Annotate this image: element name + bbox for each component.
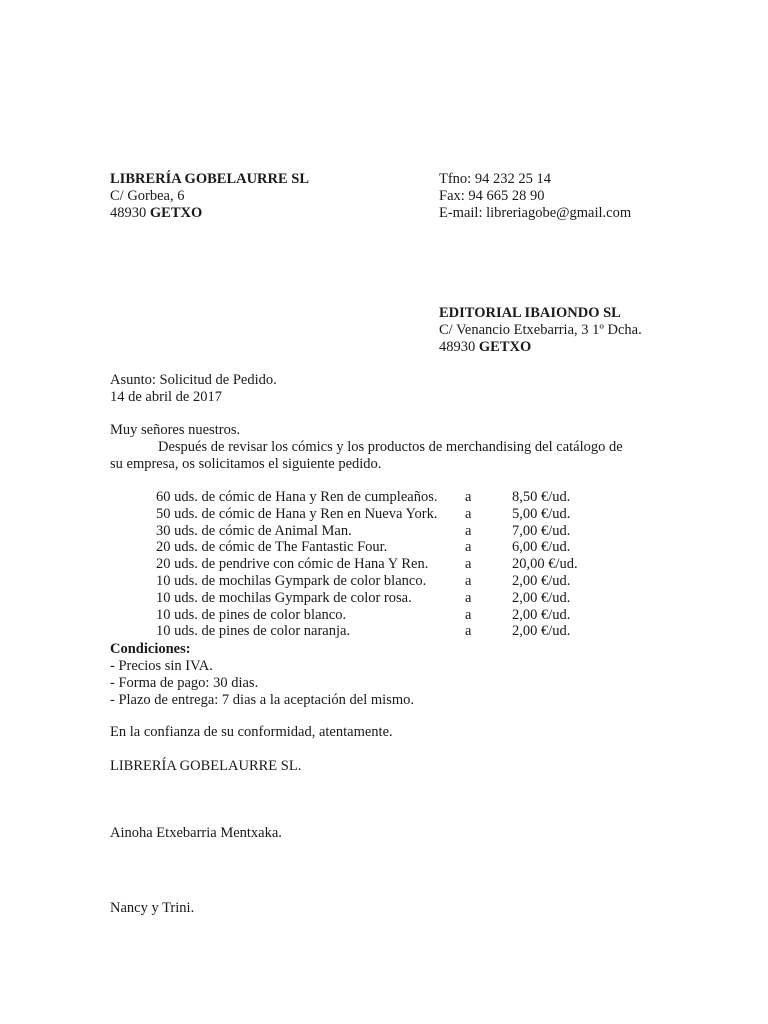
order-item: 10 uds. de pines de color naranja.a2,00 … (156, 623, 596, 640)
contact-fax: Fax: 94 665 28 90 (439, 188, 631, 205)
condition-item: - Precios sin IVA. (110, 658, 414, 675)
order-item: 10 uds. de pines de color blanco.a2,00 €… (156, 607, 596, 624)
order-item-at: a (465, 590, 471, 607)
order-item-price: 8,50 €/ud. (512, 489, 570, 506)
condition-item: - Plazo de entrega: 7 dias a la aceptaci… (110, 692, 414, 709)
intro-paragraph: Después de revisar los cómics y los prod… (110, 439, 670, 473)
condition-item: - Forma de pago: 30 dias. (110, 675, 414, 692)
closing-line: En la confianza de su conformidad, atent… (110, 724, 393, 741)
sender-name: LIBRERÍA GOBELAURRE SL (110, 171, 309, 188)
order-item-price: 2,00 €/ud. (512, 623, 570, 640)
conditions-block: Condiciones: - Precios sin IVA. - Forma … (110, 641, 414, 709)
order-item-at: a (465, 556, 471, 573)
sender-city: GETXO (150, 205, 202, 221)
contact-phone: Tfno: 94 232 25 14 (439, 171, 631, 188)
order-item-description: 10 uds. de mochilas Gympark de color bla… (156, 573, 426, 590)
order-item-at: a (465, 539, 471, 556)
order-item-price: 2,00 €/ud. (512, 607, 570, 624)
contact-block: Tfno: 94 232 25 14 Fax: 94 665 28 90 E-m… (439, 171, 631, 222)
intro-line-2: su empresa, os solicitamos el siguiente … (110, 456, 670, 473)
order-item: 60 uds. de cómic de Hana y Ren de cumple… (156, 489, 596, 506)
order-item-description: 10 uds. de pines de color blanco. (156, 607, 346, 624)
sender-address: C/ Gorbea, 6 (110, 188, 309, 205)
order-list: 60 uds. de cómic de Hana y Ren de cumple… (156, 489, 596, 640)
order-item-price: 5,00 €/ud. (512, 506, 570, 523)
order-item-at: a (465, 506, 471, 523)
order-item-description: 60 uds. de cómic de Hana y Ren de cumple… (156, 489, 437, 506)
order-item-price: 7,00 €/ud. (512, 523, 570, 540)
order-item-at: a (465, 523, 471, 540)
greeting: Muy señores nuestros. (110, 422, 240, 439)
signature-company: LIBRERÍA GOBELAURRE SL. (110, 758, 301, 775)
order-item-description: 10 uds. de mochilas Gympark de color ros… (156, 590, 412, 607)
conditions-title: Condiciones: (110, 641, 414, 658)
signature-signer: Ainoha Etxebarria Mentxaka. (110, 825, 282, 842)
order-item-description: 20 uds. de pendrive con cómic de Hana Y … (156, 556, 428, 573)
order-item-price: 2,00 €/ud. (512, 573, 570, 590)
order-item: 20 uds. de cómic de The Fantastic Four.a… (156, 539, 596, 556)
order-item: 20 uds. de pendrive con cómic de Hana Y … (156, 556, 596, 573)
order-item-at: a (465, 623, 471, 640)
sender-block: LIBRERÍA GOBELAURRE SL C/ Gorbea, 6 4893… (110, 171, 309, 222)
recipient-block: EDITORIAL IBAIONDO SL C/ Venancio Etxeba… (439, 305, 642, 356)
order-item-at: a (465, 607, 471, 624)
intro-line-1: Después de revisar los cómics y los prod… (110, 439, 670, 456)
subject-line: Asunto: Solicitud de Pedido. (110, 372, 277, 389)
order-item-at: a (465, 489, 471, 506)
order-item: 30 uds. de cómic de Animal Man.a7,00 €/u… (156, 523, 596, 540)
recipient-address: C/ Venancio Etxebarria, 3 1º Dcha. (439, 322, 642, 339)
order-item: 10 uds. de mochilas Gympark de color ros… (156, 590, 596, 607)
contact-email: E-mail: libreriagobe@gmail.com (439, 205, 631, 222)
subject-block: Asunto: Solicitud de Pedido. 14 de abril… (110, 372, 277, 406)
order-item-price: 20,00 €/ud. (512, 556, 578, 573)
recipient-city: GETXO (479, 339, 531, 355)
order-item-price: 2,00 €/ud. (512, 590, 570, 607)
order-item-description: 20 uds. de cómic de The Fantastic Four. (156, 539, 387, 556)
order-item-description: 10 uds. de pines de color naranja. (156, 623, 350, 640)
sender-city-line: 48930 GETXO (110, 205, 309, 222)
order-item-price: 6,00 €/ud. (512, 539, 570, 556)
order-item-description: 50 uds. de cómic de Hana y Ren en Nueva … (156, 506, 437, 523)
recipient-postal-code: 48930 (439, 339, 475, 355)
recipient-name: EDITORIAL IBAIONDO SL (439, 305, 642, 322)
order-item-description: 30 uds. de cómic de Animal Man. (156, 523, 352, 540)
order-item: 10 uds. de mochilas Gympark de color bla… (156, 573, 596, 590)
order-item-at: a (465, 573, 471, 590)
order-item: 50 uds. de cómic de Hana y Ren en Nueva … (156, 506, 596, 523)
signature-authors: Nancy y Trini. (110, 900, 194, 917)
sender-postal-code: 48930 (110, 205, 146, 221)
letter-date: 14 de abril de 2017 (110, 389, 277, 406)
recipient-city-line: 48930 GETXO (439, 339, 642, 356)
